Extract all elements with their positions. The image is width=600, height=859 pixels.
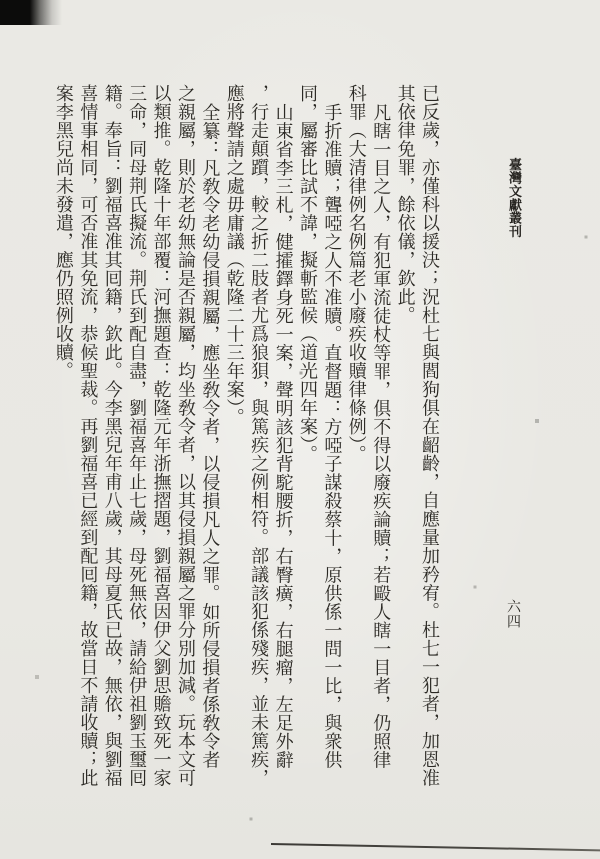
scan-corner-artifact (0, 0, 62, 25)
text-column: 其依律免罪，餘依儀，欽此。 (392, 84, 416, 792)
text-column: 凡瞎一目之人，有犯軍流徒杖等罪，俱不得以廢疾論贖；若毆人瞎一目者，仍照律 (368, 84, 392, 792)
vertical-text-block: 已反歲，亦僅科以援決；況杜七與閻狗俱在齠齡，自應量加矜宥。杜七一犯者，加恩准其依… (51, 84, 442, 792)
text-column: ，行走顛躓，較之折二肢者尤爲狼狽，與篤疾之例相符。部議該犯係殘疾，並未篤疾， (246, 84, 270, 792)
text-column: 全纂：凡敎令老幼侵損親屬，應坐敎令者，以侵損凡人之罪。如所侵損者係敎令者 (197, 84, 221, 792)
text-column: 喜情事相同，可否准其免流，恭候聖裁。再劉福喜已經到配囘籍，故當日不請收贖；此 (75, 84, 99, 792)
series-title: 臺灣文獻叢刊 (504, 158, 523, 238)
text-column: 以類推。乾隆十年部覆：河撫題查：乾隆元年浙撫摺題，劉福喜因伊父劉思贍致死一家 (148, 84, 172, 792)
scan-noise-speckles (0, 0, 2, 2)
text-column: 三命，同母荆氏擬流。荆氏到配自盡，劉福喜年止七歲，母死無依，請給伊祖劉玉璽囘 (124, 84, 148, 792)
text-column: 山東省李三札，健攉鐸身死一案，聲明該犯背駝腰折，右臀癀，右腿瘤，左足外辭 (270, 84, 294, 792)
folio-page-number: 六四 (503, 599, 523, 629)
text-column: 已反歲，亦僅科以援決；況杜七與閻狗俱在齠齡，自應量加矜宥。杜七一犯者，加恩准 (417, 84, 441, 792)
scanned-book-page: 臺灣文獻叢刊 六四 已反歲，亦僅科以援決；況杜七與閻狗俱在齠齡，自應量加矜宥。杜… (0, 0, 600, 859)
text-column: 手折准贖；聾啞之人不准贖。直督題：方啞子謀殺蔡十，原供係一問一比，與衆供 (319, 84, 343, 792)
text-column: 案李黑兒尚未發遣，應仍照例收贖。 (51, 84, 75, 792)
text-column: 科罪（大清律例名例篇老小廢疾收贖律條例）。 (343, 84, 367, 792)
text-column: 應將聲請之處毋庸議（乾隆二十三年案）。 (221, 84, 245, 792)
text-column: 籍。奉旨：劉福喜准其囘籍，欽此。今李黑兒年甫八歲，其母夏氏已故，無依，與劉福 (99, 84, 123, 792)
scan-bottom-edge-artifact (271, 843, 600, 852)
text-column: 之親屬，則於老幼無論是否親屬，均坐敎令者，以其侵損親屬之罪分別加減。玩本文可 (173, 84, 197, 792)
text-column: 同，屬審比試不諱，擬斬監候（道光四年案）。 (295, 84, 319, 792)
